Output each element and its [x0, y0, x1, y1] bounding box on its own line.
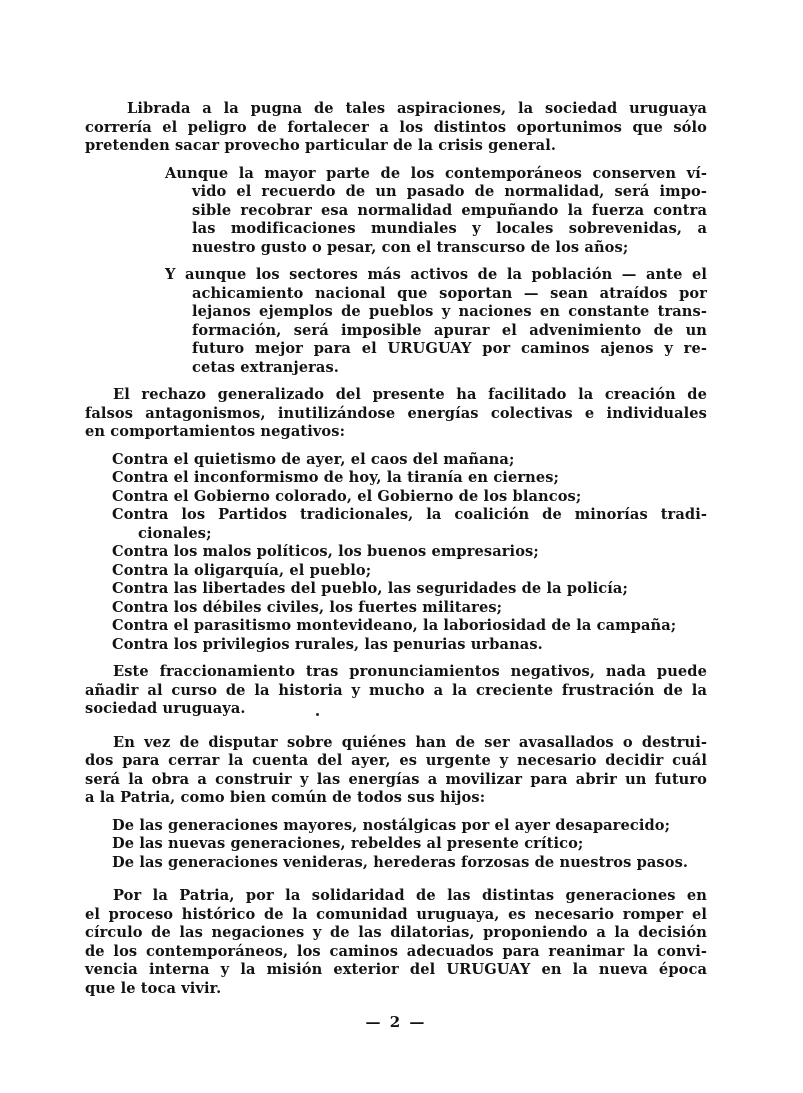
text-line: sible recobrar esa normalidad empuñando … [85, 202, 707, 221]
text-line: nuestro gusto o pesar, con el transcurso… [85, 239, 707, 258]
text-line: vencia interna y la misión exterior del … [85, 961, 707, 980]
text-line: lejanos ejemplos de pueblos y naciones e… [85, 303, 707, 322]
scan-artifact-dot [316, 713, 319, 716]
paragraph-para: En vez de disputar sobre quiénes han de … [85, 734, 707, 808]
text-line: Contra los débiles civiles, los fuertes … [85, 599, 707, 618]
text-line: vido el recuerdo de un pasado de normali… [85, 183, 707, 202]
text-line: falsos antagonismos, inutilizándose ener… [85, 405, 707, 424]
paragraph-list: De las generaciones mayores, nostálgicas… [85, 817, 707, 873]
text-line: en comportamientos negativos: [85, 423, 707, 442]
text-line: a la Patria, como bien común de todos su… [85, 789, 707, 808]
text-line: Contra los privilegios rurales, las penu… [85, 636, 707, 655]
text-line: De las generaciones venideras, herederas… [85, 854, 707, 873]
text-line: cionales; [85, 525, 707, 544]
text-line: Contra los Partidos tradicionales, la co… [85, 506, 707, 525]
text-line: Este fraccionamiento tras pronunciamient… [85, 663, 707, 682]
document-page-text: Librada a la pugna de tales aspiraciones… [85, 100, 707, 998]
paragraph-list: Contra el quietismo de ayer, el caos del… [85, 451, 707, 655]
text-line: cetas extranjeras. [85, 359, 707, 378]
text-line: pretenden sacar provecho particular de l… [85, 137, 707, 156]
text-line: Contra el inconformismo de hoy, la tiran… [85, 469, 707, 488]
text-line: el proceso histórico de la comunidad uru… [85, 906, 707, 925]
text-line: Contra la oligarquía, el pueblo; [85, 562, 707, 581]
text-line: Por la Patria, por la solidaridad de las… [85, 887, 707, 906]
paragraph-block: Y aunque los sectores más activos de la … [85, 266, 707, 377]
text-line: En vez de disputar sobre quiénes han de … [85, 734, 707, 753]
text-line: Librada a la pugna de tales aspiraciones… [85, 100, 707, 119]
text-line: sociedad uruguaya. [85, 700, 707, 719]
text-line: El rechazo generalizado del presente ha … [85, 386, 707, 405]
text-line: será la obra a construir y las energías … [85, 771, 707, 790]
paragraph-para: Librada a la pugna de tales aspiraciones… [85, 100, 707, 156]
text-line: Aunque la mayor parte de los contemporán… [85, 165, 707, 184]
text-line: Contra el quietismo de ayer, el caos del… [85, 451, 707, 470]
text-line: Y aunque los sectores más activos de la … [85, 266, 707, 285]
text-line: formación, será imposible apurar el adve… [85, 322, 707, 341]
text-line: Contra el Gobierno colorado, el Gobierno… [85, 488, 707, 507]
text-line: dos para cerrar la cuenta del ayer, es u… [85, 752, 707, 771]
text-line: Contra el parasitismo montevideano, la l… [85, 617, 707, 636]
text-line: de los contemporáneos, los caminos adecu… [85, 943, 707, 962]
text-line: De las generaciones mayores, nostálgicas… [85, 817, 707, 836]
paragraph-para: Este fraccionamiento tras pronunciamient… [85, 663, 707, 719]
text-line: correría el peligro de fortalecer a los … [85, 119, 707, 138]
paragraph-block: Aunque la mayor parte de los contemporán… [85, 165, 707, 258]
text-line: futuro mejor para el URUGUAY por caminos… [85, 340, 707, 359]
text-line: Contra los malos políticos, los buenos e… [85, 543, 707, 562]
page-footer: — 2 — [85, 1000, 707, 1031]
paragraph-para: El rechazo generalizado del presente ha … [85, 386, 707, 442]
text-line: las modificaciones mundiales y locales s… [85, 220, 707, 239]
text-line: Contra las libertades del pueblo, las se… [85, 580, 707, 599]
text-line: círculo de las negaciones y de las dilat… [85, 924, 707, 943]
text-line: achicamiento nacional que soportan — sea… [85, 285, 707, 304]
text-line: añadir al curso de la historia y mucho a… [85, 682, 707, 701]
page-number: — 2 — [85, 1013, 707, 1031]
text-line: que le toca vivir. [85, 980, 707, 999]
paragraph-para: Por la Patria, por la solidaridad de las… [85, 887, 707, 998]
text-line: De las nuevas generaciones, rebeldes al … [85, 835, 707, 854]
